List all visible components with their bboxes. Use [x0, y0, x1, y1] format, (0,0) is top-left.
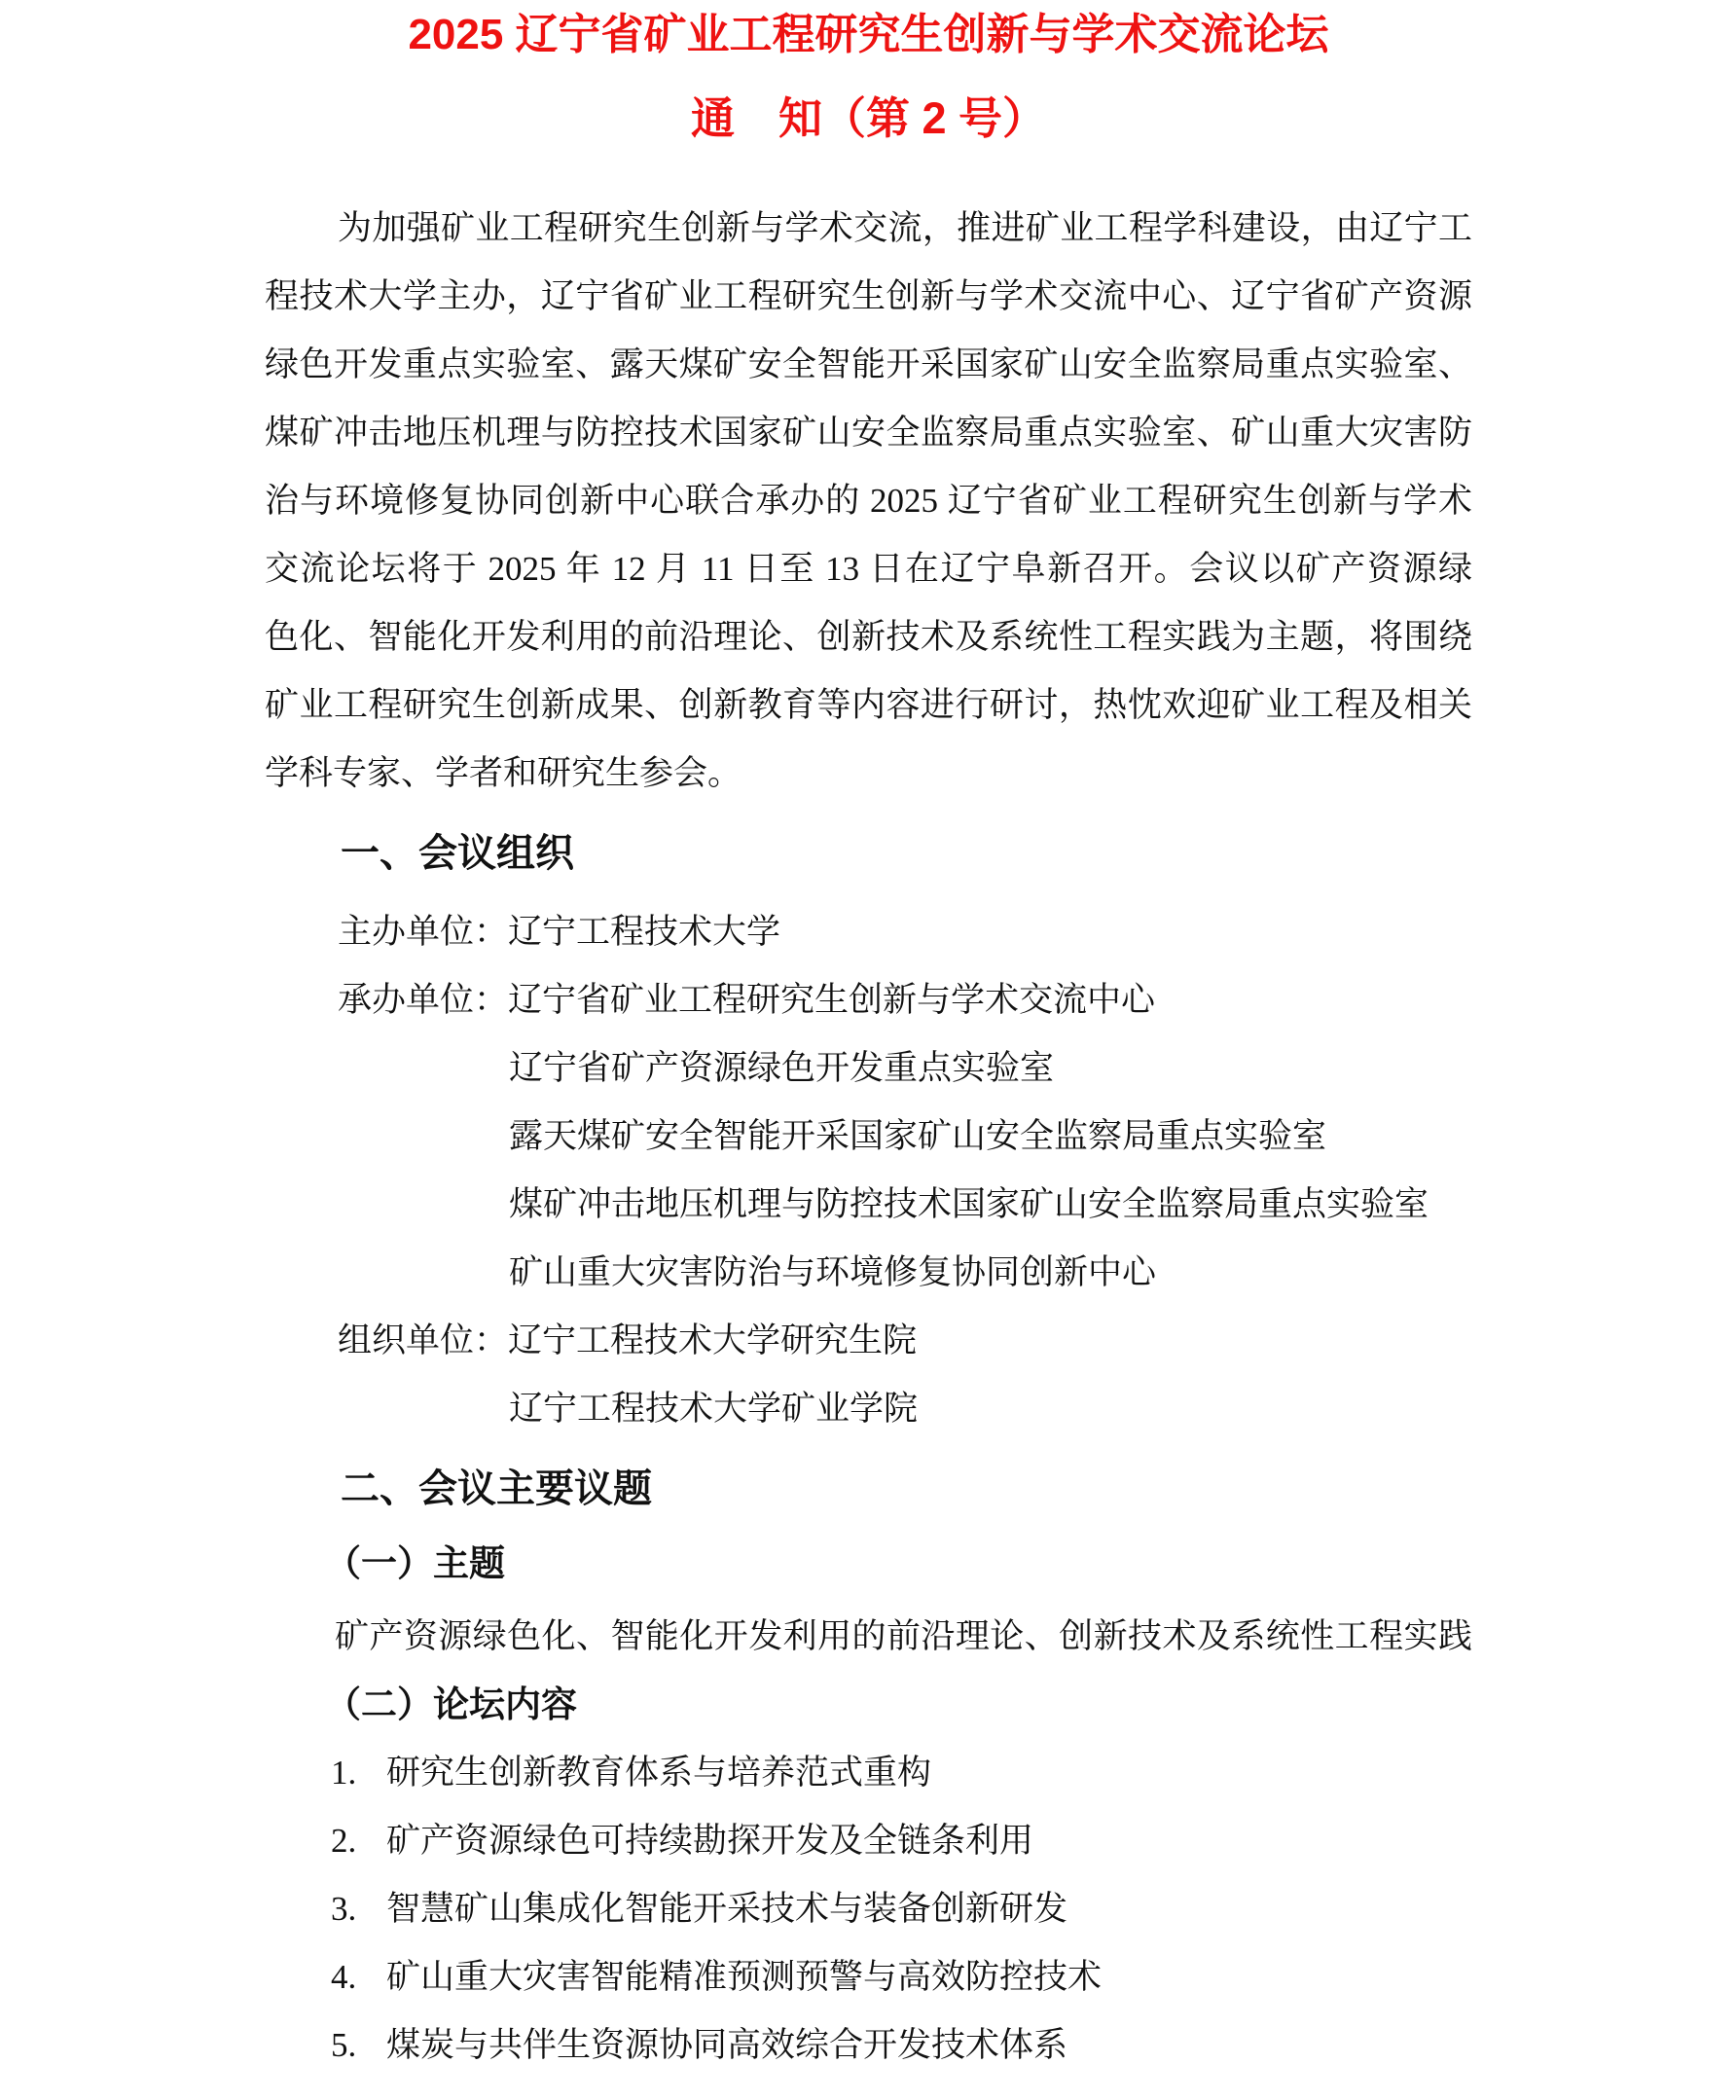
list-item-text: 煤炭与共伴生资源协同高效综合开发技术体系: [386, 2026, 1067, 2064]
list-item: 1.研究生创新教育体系与培养范式重构: [265, 1739, 1472, 1807]
org-row-organizer-cont: 煤矿冲击地压机理与防控技术国家矿山安全监察局重点实验室: [265, 1171, 1472, 1239]
list-item: 5.煤炭与共伴生资源协同高效综合开发技术体系: [265, 2011, 1472, 2080]
list-item-number: 2.: [331, 1807, 386, 1875]
subsection-heading-theme: （一）主题: [265, 1530, 1472, 1598]
list-item-text: 研究生创新教育体系与培养范式重构: [386, 1754, 931, 1792]
intro-line: 治与环境修复协同创新中心联合承办的 2025 辽宁省矿业工程研究生创新与学术: [265, 467, 1472, 535]
intro-paragraph: 为加强矿业工程研究生创新与学术交流，推进矿业工程学科建设，由辽宁工 程技术大学主…: [265, 195, 1472, 808]
intro-line: 色化、智能化开发利用的前沿理论、创新技术及系统性工程实践为主题，将围绕: [265, 603, 1472, 671]
section-heading-organization: 一、会议组织: [265, 819, 1472, 887]
document-page: 2025 辽宁省矿业工程研究生创新与学术交流论坛 通 知（第 2 号） 为加强矿…: [0, 0, 1736, 2100]
list-item: 3.智慧矿山集成化智能开采技术与装备创新研发: [265, 1875, 1472, 1943]
list-item-number: 3.: [331, 1875, 386, 1943]
list-item-text: 智慧矿山集成化智能开采技术与装备创新研发: [386, 1890, 1067, 1928]
subsection-heading-forum-content: （二）论坛内容: [265, 1671, 1472, 1739]
organization-list: 主办单位：辽宁工程技术大学 承办单位：辽宁省矿业工程研究生创新与学术交流中心 辽…: [265, 898, 1472, 1443]
list-item-text: 矿产资源绿色可持续勘探开发及全链条利用: [386, 1822, 1033, 1860]
org-row-host: 主办单位：辽宁工程技术大学: [265, 898, 1472, 966]
document-title-line2: 通 知（第 2 号）: [265, 95, 1472, 142]
list-item-number: 5.: [331, 2011, 386, 2080]
list-item-text: 矿山重大灾害智能精准预测预警与高效防控技术: [386, 1958, 1102, 1996]
list-item-number: 1.: [331, 1739, 386, 1807]
org-row-coordinator: 组织单位：辽宁工程技术大学研究生院: [265, 1307, 1472, 1375]
org-row-coordinator-cont: 辽宁工程技术大学矿业学院: [265, 1375, 1472, 1443]
list-item-number: 4.: [331, 1943, 386, 2011]
intro-line: 矿业工程研究生创新成果、创新教育等内容进行研讨，热忱欢迎矿业工程及相关: [265, 671, 1472, 740]
org-row-organizer-cont: 矿山重大灾害防治与环境修复协同创新中心: [265, 1239, 1472, 1307]
intro-line: 绿色开发重点实验室、露天煤矿安全智能开采国家矿山安全监察局重点实验室、: [265, 331, 1472, 399]
intro-line: 程技术大学主办，辽宁省矿业工程研究生创新与学术交流中心、辽宁省矿产资源: [265, 263, 1472, 331]
intro-line: 煤矿冲击地压机理与防控技术国家矿山安全监察局重点实验室、矿山重大灾害防: [265, 399, 1472, 467]
org-row-organizer-cont: 露天煤矿安全智能开采国家矿山安全监察局重点实验室: [265, 1103, 1472, 1171]
list-item: 2.矿产资源绿色可持续勘探开发及全链条利用: [265, 1807, 1472, 1875]
intro-line: 交流论坛将于 2025 年 12 月 11 日至 13 日在辽宁阜新召开。会议以…: [265, 535, 1472, 603]
org-row-organizer: 承办单位：辽宁省矿业工程研究生创新与学术交流中心: [265, 966, 1472, 1034]
theme-text: 矿产资源绿色化、智能化开发利用的前沿理论、创新技术及系统性工程实践: [265, 1603, 1472, 1671]
list-item: 4.矿山重大灾害智能精准预测预警与高效防控技术: [265, 1943, 1472, 2011]
intro-line: 为加强矿业工程研究生创新与学术交流，推进矿业工程学科建设，由辽宁工: [265, 195, 1472, 263]
document-title-line1: 2025 辽宁省矿业工程研究生创新与学术交流论坛: [265, 12, 1472, 58]
forum-topic-list: 1.研究生创新教育体系与培养范式重构 2.矿产资源绿色可持续勘探开发及全链条利用…: [265, 1739, 1472, 2080]
document-content: 2025 辽宁省矿业工程研究生创新与学术交流论坛 通 知（第 2 号） 为加强矿…: [265, 0, 1472, 2080]
intro-line: 学科专家、学者和研究生参会。: [265, 740, 1472, 808]
section-heading-topics: 二、会议主要议题: [265, 1455, 1472, 1523]
org-row-organizer-cont: 辽宁省矿产资源绿色开发重点实验室: [265, 1034, 1472, 1103]
